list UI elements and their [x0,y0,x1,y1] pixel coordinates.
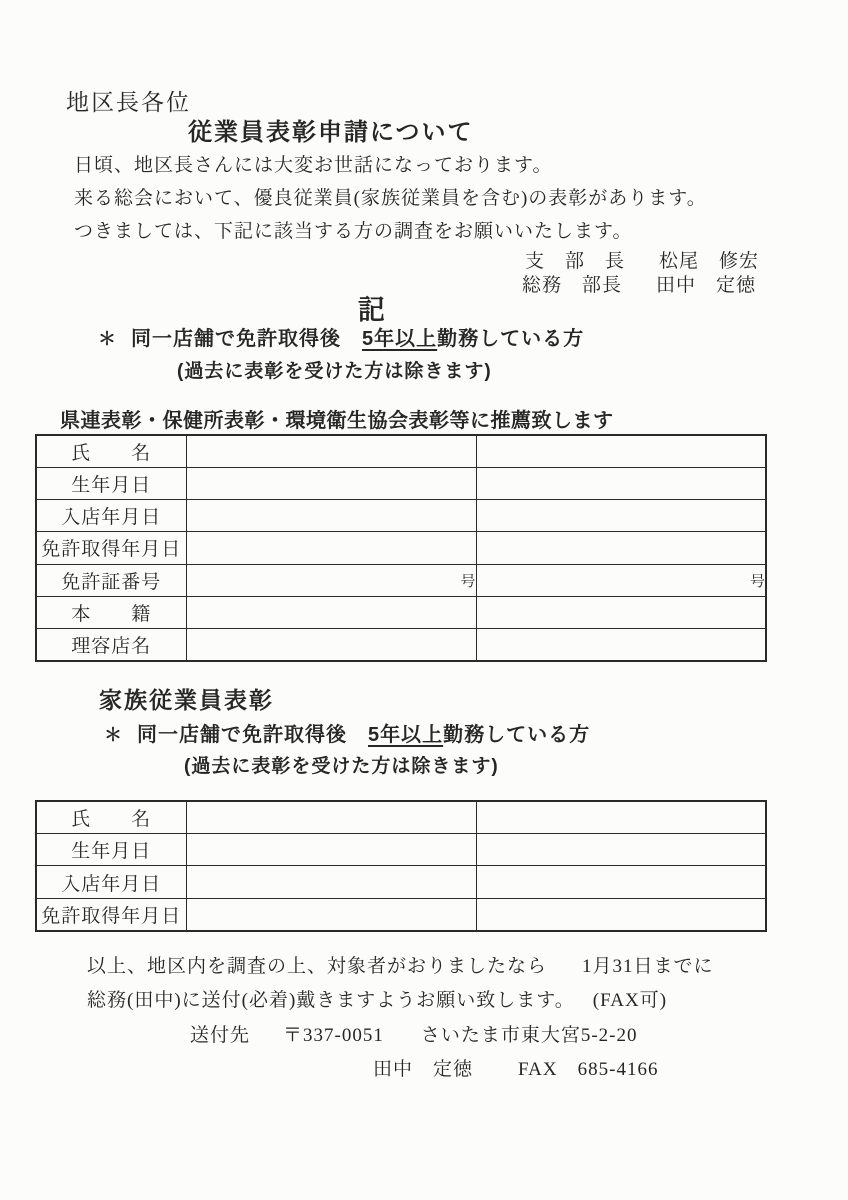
birthdate-cell-2 [476,468,766,500]
table-row-name: 氏 名 [36,435,766,468]
condition-pre: 同一店舗で免許取得後 [137,724,368,746]
greeting-line: 来る総会において、優良従業員(家族従業員を含む)の表彰があります。 [74,183,707,210]
row-label: 入店年月日 [36,866,186,898]
send-to-line: 送付先 〒337-0051 さいたま市東大宮5-2-20 [190,1020,638,1047]
condition-text: 同一店舗で免許取得後 5年以上勤務している方 [137,718,590,747]
eligibility-condition: ＊ 同一店舗で免許取得後 5年以上勤務している方 [98,322,584,351]
name-cell-1 [186,801,476,834]
signature-title: 支 部 長 [525,246,645,273]
recommendation-note: 県連表彰・保健所表彰・環境衛生協会表彰等に推薦致します [60,404,614,433]
greeting-line: 日頃、地区長さんには大変お世話になっております。 [74,150,552,177]
send-to-label: 送付先 [190,1020,250,1047]
employee-commendation-table: 氏 名 生年月日 入店年月日 免許取得年月日 免許証番号 号 号 本 籍 [35,434,767,662]
name-cell-1 [186,435,476,468]
fax-ok-note: (FAX可) [593,985,667,1012]
signature-general-affairs-chief: 総務 部長 田中 定徳 [522,270,756,297]
entry-date-cell-2 [476,500,766,532]
license-number-cell-2: 号 [476,564,766,596]
entry-date-cell-1 [186,500,476,532]
condition-underlined: 5年以上 [362,328,437,350]
license-date-cell-2 [476,898,766,931]
row-label: 入店年月日 [36,500,186,532]
signature-name: 田中 定徳 [656,270,756,297]
row-label: 理容店名 [36,628,186,661]
send-instruction-text: 総務(田中)に送付(必着)戴きますようお願い致します。 [87,985,575,1012]
exclusion-note: (過去に表彰を受けた方は除きます) [177,356,492,383]
row-label: 生年月日 [36,834,186,866]
greeting-line: つきましては、下記に該当する方の調査をお願いいたします。 [74,216,632,243]
family-eligibility-condition: ＊ 同一店舗で免許取得後 5年以上勤務している方 [104,718,590,747]
row-label: 免許取得年月日 [36,898,186,931]
document-title: 従業員表彰申請について [188,112,474,147]
table-row-entry-date: 入店年月日 [36,500,766,532]
row-label: 免許取得年月日 [36,532,186,564]
name-cell-2 [476,435,766,468]
table-row-license-date: 免許取得年月日 [36,532,766,564]
fax-number: FAX 685-4166 [518,1054,658,1081]
license-date-cell-2 [476,532,766,564]
table-row-domicile: 本 籍 [36,596,766,628]
condition-underlined: 5年以上 [368,724,443,746]
entry-date-cell-1 [186,866,476,898]
row-label: 本 籍 [36,596,186,628]
row-label: 生年月日 [36,468,186,500]
family-section-heading: 家族従業員表彰 [99,682,274,715]
closing-text: 以上、地区内を調査の上、対象者がおりましたなら [87,951,547,978]
license-date-cell-1 [186,898,476,931]
scanned-document-page: 地区長各位 従業員表彰申請について 日頃、地区長さんには大変お世話になっておりま… [0,0,848,1200]
asterisk-bullet: ＊ [98,325,117,351]
table-row-entry-date: 入店年月日 [36,866,766,898]
row-label: 氏 名 [36,435,186,468]
domicile-cell-2 [476,596,766,628]
family-commendation-table: 氏 名 生年月日 入店年月日 免許取得年月日 [35,800,767,932]
signature-name: 松尾 修宏 [659,246,759,273]
asterisk-bullet: ＊ [104,721,123,747]
closing-deadline-line: 以上、地区内を調査の上、対象者がおりましたなら 1月31日までに [87,951,714,978]
postal-code: 〒337-0051 [283,1020,384,1047]
license-date-cell-1 [186,532,476,564]
row-label: 氏 名 [36,801,186,834]
birthdate-cell-1 [186,468,476,500]
name-cell-2 [476,801,766,834]
contact-name: 田中 定徳 [373,1054,473,1081]
condition-post: 勤務している方 [443,724,590,746]
birthdate-cell-2 [476,834,766,866]
license-number-cell-1: 号 [186,564,476,596]
table-row-license-date: 免許取得年月日 [36,898,766,931]
addressee: 地区長各位 [66,84,191,117]
deadline-text: 1月31日までに [582,951,714,978]
address: さいたま市東大宮5-2-20 [421,1020,638,1047]
signature-title: 総務 部長 [522,270,642,297]
table-row-license-number: 免許証番号 号 号 [36,564,766,596]
shop-name-cell-1 [186,628,476,661]
table-row-name: 氏 名 [36,801,766,834]
domicile-cell-1 [186,596,476,628]
shop-name-cell-2 [476,628,766,661]
table-row-shop-name: 理容店名 [36,628,766,661]
signature-branch-chief: 支 部 長 松尾 修宏 [525,246,759,273]
send-instruction-line: 総務(田中)に送付(必着)戴きますようお願い致します。 (FAX可) [87,985,667,1012]
row-label: 免許証番号 [36,564,186,596]
birthdate-cell-1 [186,834,476,866]
table-row-birthdate: 生年月日 [36,834,766,866]
condition-post: 勤務している方 [437,328,584,350]
table-row-birthdate: 生年月日 [36,468,766,500]
condition-text: 同一店舗で免許取得後 5年以上勤務している方 [131,322,584,351]
entry-date-cell-2 [476,866,766,898]
family-exclusion-note: (過去に表彰を受けた方は除きます) [184,751,499,778]
condition-pre: 同一店舗で免許取得後 [131,328,362,350]
contact-line: 田中 定徳 FAX 685-4166 [373,1054,658,1081]
